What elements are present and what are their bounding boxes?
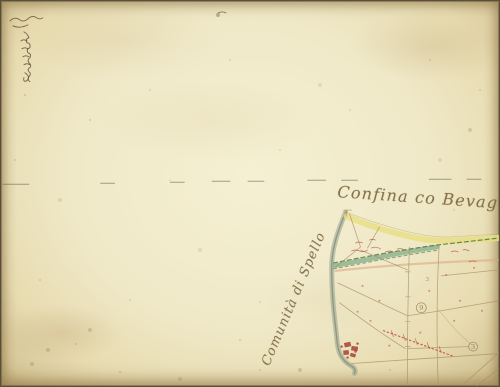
parcel-number: 3 [471, 343, 475, 351]
red-dotted-boundary [383, 331, 454, 357]
paper-crease [3, 179, 481, 184]
yellow-road [347, 212, 499, 241]
parcel-number: 3 [425, 276, 429, 283]
handwritten-note [10, 12, 226, 82]
foxing-spots [1, 1, 3, 3]
parcel-number: 9 [419, 304, 423, 312]
map-sheet: 9 3 3 Confina co Bevagna Comunità di Spe… [0, 0, 500, 387]
